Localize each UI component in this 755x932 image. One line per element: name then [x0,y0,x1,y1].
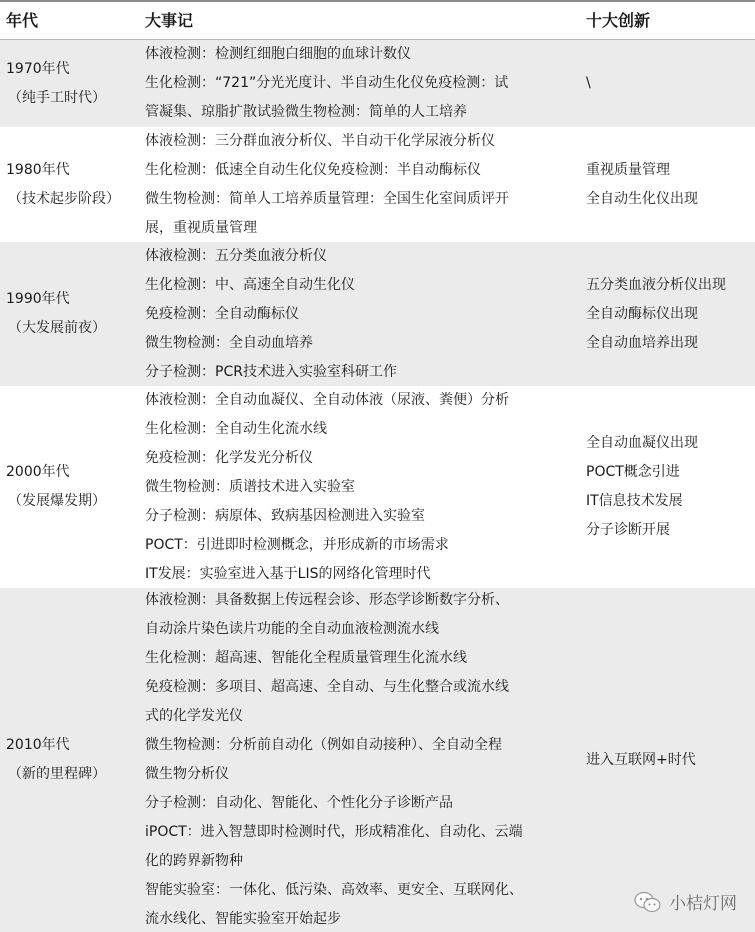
header-events: 大事记 [145,2,585,40]
innovation-line: POCT概念引进 [586,458,755,487]
event-line: POCT：引进即时检测概念，并形成新的市场需求 [145,531,585,560]
event-line: 免疫检测：多项目、超高速、全自动、与生化整合或流水线 [145,673,585,702]
header-innovations-cell: 十大创新 [586,2,755,39]
event-line: 体液检测：全自动血凝仪、全自动体液（尿液、粪便）分析 [145,386,585,415]
innovation-line: 重视质量管理 [586,156,755,185]
era-cell: 2000年代 （发展爆发期） [6,386,136,588]
era-name: 2000年代 [6,458,136,487]
event-line: 体液检测：五分类血液分析仪 [145,242,585,271]
era-cell: 2010年代 （新的里程碑） [6,588,136,932]
innovations-cell: 五分类血液分析仪出现 全自动酶标仪出现 全自动血培养出现 [586,242,755,386]
era-subtitle: （新的里程碑） [6,760,136,789]
event-line: iPOCT：进入智慧即时检测时代，形成精准化、自动化、云端 [145,818,585,847]
era-subtitle: （纯手工时代） [6,84,136,113]
event-line: 分子检测：病原体、致病基因检测进入实验室 [145,502,585,531]
events-cell: 体液检测：三分群血液分析仪、半自动干化学尿液分析仪 生化检测：低速全自动生化仪免… [145,127,585,242]
events-cell: 体液检测：检测红细胞白细胞的血球计数仪 生化检测：“721”分光光度计、半自动生… [145,40,585,127]
innovations-cell: 重视质量管理 全自动生化仪出现 [586,127,755,242]
innovation-line: 分子诊断开展 [586,516,755,545]
header-era: 年代 [6,2,136,40]
event-line: 流水线化、智能实验室开始起步 [145,905,585,932]
event-line: 体液检测：具备数据上传远程会诊、形态学诊断数字分析、 [145,586,585,615]
table-header: 年代 大事记 十大创新 [0,2,755,40]
era-name: 1970年代 [6,55,136,84]
event-line: 生化检测：全自动生化流水线 [145,415,585,444]
innovations-cell: 全自动血凝仪出现 POCT概念引进 IT信息技术发展 分子诊断开展 [586,386,755,588]
era-subtitle: （大发展前夜） [6,314,136,343]
event-line: 体液检测：三分群血液分析仪、半自动干化学尿液分析仪 [145,127,585,156]
era-subtitle: （发展爆发期） [6,487,136,516]
innovation-line: 全自动血培养出现 [586,329,755,358]
event-line: 生化检测：中、高速全自动生化仪 [145,271,585,300]
event-line: 微生物检测：质谱技术进入实验室 [145,473,585,502]
era-name: 1980年代 [6,156,136,185]
era-cell: 1980年代 （技术起步阶段） [6,127,136,242]
era-subtitle: （技术起步阶段） [6,185,136,214]
event-line: 免疫检测：化学发光分析仪 [145,444,585,473]
era-name: 2010年代 [6,731,136,760]
header-innovations: 十大创新 [586,2,755,40]
events-cell: 体液检测：具备数据上传远程会诊、形态学诊断数字分析、 自动涂片染色读片功能的全自… [145,588,585,932]
event-line: 自动涂片染色读片功能的全自动血液检测流水线 [145,615,585,644]
innovation-line: 全自动生化仪出现 [586,185,755,214]
innovations-cell: \ [586,40,755,127]
event-line: 展，重视质量管理 [145,214,585,243]
event-line: 微生物分析仪 [145,760,585,789]
innovation-line: 全自动血凝仪出现 [586,429,755,458]
wechat-icon [633,890,663,914]
event-line: 生化检测：“721”分光光度计、半自动生化仪免疫检测：试 [145,69,585,98]
event-line: 式的化学发光仪 [145,702,585,731]
era-name: 1990年代 [6,285,136,314]
event-line: 免疫检测：全自动酶标仪 [145,300,585,329]
watermark: 小桔灯网 [633,889,737,914]
innovation-timeline-table: 年代 大事记 十大创新 1970年代 （纯手工时代） 体液检测：检测红细胞白细胞… [0,0,755,932]
innovation-line: 全自动酶标仪出现 [586,300,755,329]
header-events-cell: 大事记 [145,2,585,39]
event-line: 分子检测：自动化、智能化、个性化分子诊断产品 [145,789,585,818]
innovation-line: \ [586,69,755,98]
innovation-line: IT信息技术发展 [586,487,755,516]
innovations-cell: 进入互联网+时代 [586,588,755,932]
event-line: 分子检测：PCR技术进入实验室科研工作 [145,358,585,387]
events-cell: 体液检测：五分类血液分析仪 生化检测：中、高速全自动生化仪 免疫检测：全自动酶标… [145,242,585,386]
table-row-1980s: 1980年代 （技术起步阶段） 体液检测：三分群血液分析仪、半自动干化学尿液分析… [0,127,755,242]
event-line: 生化检测：超高速、智能化全程质量管理生化流水线 [145,644,585,673]
innovation-line: 五分类血液分析仪出现 [586,271,755,300]
innovation-line: 进入互联网+时代 [586,746,755,775]
table-row-1970s: 1970年代 （纯手工时代） 体液检测：检测红细胞白细胞的血球计数仪 生化检测：… [0,40,755,127]
event-line: 管凝集、琼脂扩散试验微生物检测：简单的人工培养 [145,98,585,127]
event-line: 微生物检测：简单人工培养质量管理：全国生化室间质评开 [145,185,585,214]
watermark-text: 小桔灯网 [669,889,737,914]
event-line: 生化检测：低速全自动生化仪免疫检测：半自动酶标仪 [145,156,585,185]
event-line: 微生物检测：全自动血培养 [145,329,585,358]
era-cell: 1990年代 （大发展前夜） [6,242,136,386]
table-row-1990s: 1990年代 （大发展前夜） 体液检测：五分类血液分析仪 生化检测：中、高速全自… [0,242,755,386]
event-line: IT发展：实验室进入基于LIS的网络化管理时代 [145,560,585,589]
event-line: 化的跨界新物种 [145,847,585,876]
era-cell: 1970年代 （纯手工时代） [6,40,136,127]
table-row-2000s: 2000年代 （发展爆发期） 体液检测：全自动血凝仪、全自动体液（尿液、粪便）分… [0,386,755,588]
header-era-cell: 年代 [6,2,136,39]
event-line: 体液检测：检测红细胞白细胞的血球计数仪 [145,40,585,69]
event-line: 智能实验室：一体化、低污染、高效率、更安全、互联网化、 [145,876,585,905]
table-row-2010s: 2010年代 （新的里程碑） 体液检测：具备数据上传远程会诊、形态学诊断数字分析… [0,588,755,932]
events-cell: 体液检测：全自动血凝仪、全自动体液（尿液、粪便）分析 生化检测：全自动生化流水线… [145,386,585,588]
event-line: 微生物检测：分析前自动化（例如自动接种）、全自动全程 [145,731,585,760]
